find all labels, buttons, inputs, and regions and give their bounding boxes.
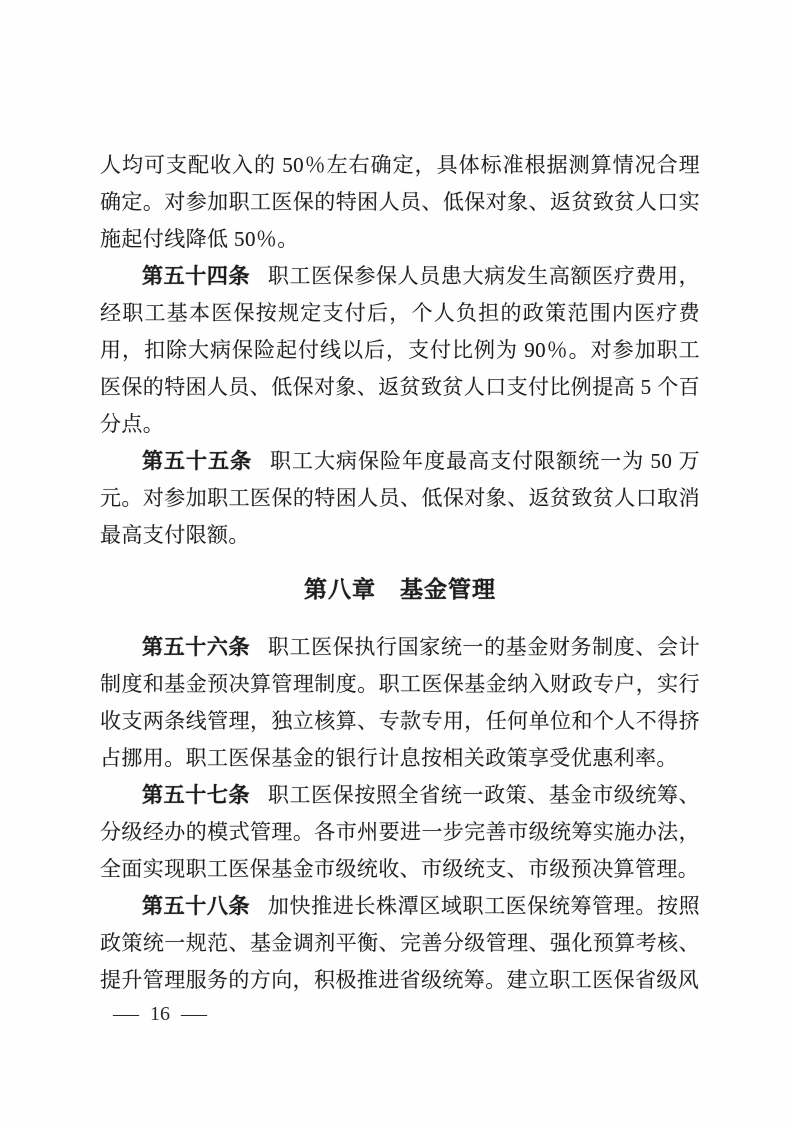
paragraph-continuation: 人均可支配收入的 50％左右确定，具体标准根据测算情况合理确定。对参加职工医保的… xyxy=(100,147,700,258)
page-footer: — 16 — xyxy=(116,1003,204,1026)
footer-dash-left: — xyxy=(113,1003,139,1026)
paragraph-article-54: 第五十四条职工医保参保人员患大病发生高额医疗费用，经职工基本医保按规定支付后，个… xyxy=(100,258,700,443)
article-54-text: 职工医保参保人员患大病发生高额医疗费用，经职工基本医保按规定支付后，个人负担的政… xyxy=(100,264,700,436)
paragraph-article-55: 第五十五条职工大病保险年度最高支付限额统一为 50 万元。对参加职工医保的特困人… xyxy=(100,443,700,554)
paragraph-article-56: 第五十六条职工医保执行国家统一的基金财务制度、会计制度和基金预决算管理制度。职工… xyxy=(100,629,700,777)
paragraph-article-57: 第五十七条职工医保按照全省统一政策、基金市级统筹、分级经办的模式管理。各市州要进… xyxy=(100,777,700,888)
article-55-label: 第五十五条 xyxy=(142,449,252,473)
page-number: 16 xyxy=(150,1003,170,1026)
chapter-heading: 第八章 基金管理 xyxy=(100,571,700,608)
document-page: 人均可支配收入的 50％左右确定，具体标准根据测算情况合理确定。对参加职工医保的… xyxy=(0,0,793,1122)
footer-dash-right: — xyxy=(181,1003,207,1026)
article-54-label: 第五十四条 xyxy=(142,264,250,288)
paragraph-article-58: 第五十八条加快推进长株潭区域职工医保统筹管理。按照政策统一规范、基金调剂平衡、完… xyxy=(100,888,700,999)
article-57-label: 第五十七条 xyxy=(142,783,250,807)
article-56-label: 第五十六条 xyxy=(142,635,250,659)
document-body: 人均可支配收入的 50％左右确定，具体标准根据测算情况合理确定。对参加职工医保的… xyxy=(100,147,700,999)
article-58-label: 第五十八条 xyxy=(142,894,250,918)
